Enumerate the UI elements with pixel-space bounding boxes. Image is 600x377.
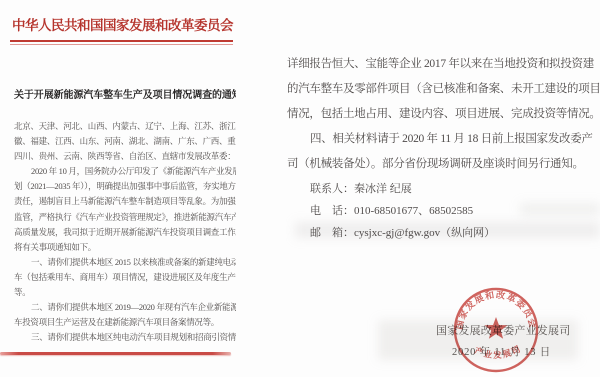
contact-phone: 电 话：010-68501677、68502585 <box>310 201 600 223</box>
svg-text:产业发展司: 产业发展司 <box>473 342 523 360</box>
seal-star-icon <box>485 317 508 339</box>
body-line: 二、请你们提供本地区 2019—2020 年现有汽车企业新能源 <box>14 300 236 315</box>
page2-body: 详细报告恒大、宝能等企业 2017 年以来在当地投资和拟投资建 的汽车整车及零部… <box>287 52 600 177</box>
letterhead-rule-thick <box>10 40 233 42</box>
official-seal-stamp: 国家发展和改革委员会 产业发展司 <box>445 279 547 377</box>
body-line: 司（机械装备处）。部分省份现场调研及座谈时间另行通知。 <box>287 152 600 177</box>
document-title: 关于开展新能源汽车整车生产及项目情况调查的通知 <box>14 86 236 101</box>
body-line: 高质量发展，我司拟于近期开展新能源汽车投资项目调查工作。 <box>14 225 236 240</box>
body-line: 详细报告恒大、宝能等企业 2017 年以来在当地投资和拟投资建 <box>287 52 600 77</box>
scanned-document: 中华人民共和国国家发展和改革委员会 关于开展新能源汽车整车生产及项目情况调查的通… <box>0 0 600 377</box>
body-line: 情况，包括土地占用、建设内容、项目进展、完成投资等情况。 <box>287 102 600 127</box>
body-line: 划（2021—2035 年）），明确提出加强事中事后监管，夯实地方主 <box>14 179 236 194</box>
body-line: 将有关事项通知如下。 <box>14 240 236 255</box>
body-line: 的汽车整车及零部件项目（含已核准和备案、未开工建设的项目 <box>287 77 600 102</box>
contact-person: 联系人：秦冰洋 纪展 <box>310 179 600 201</box>
body-line: 等。 <box>14 285 236 300</box>
body-line: 一、请你们提供本地区 2015 以来核准或备案的新建纯电动 <box>14 255 236 270</box>
body-line: 车（包括乘用车、商用车）项目情况，建设进展区及年度生产情 <box>14 270 236 285</box>
letterhead-rule-thin <box>10 44 233 45</box>
body-line: 徽、福建、江西、山东、河南、湖北、湖南、广东、广西、重庆 <box>14 134 236 149</box>
body-line: 四、相关材料请于 2020 年 11 月 18 日前上报国家发改委产 <box>287 127 600 152</box>
body-line: 北京、天津、河北、山西、内蒙古、辽宁、上海、江苏、浙江、 <box>14 119 236 134</box>
contact-email: 邮 箱：cysjxc-gj@fgw.gov（纵向网） <box>310 223 600 245</box>
letterhead-title: 中华人民共和国国家发展和改革委员会 <box>12 14 234 34</box>
body-line: 监管，严格执行《汽车产业投资管理规定》，推进新能源汽车产 <box>14 210 236 225</box>
body-line: 责任，遏制盲目上马新能源汽车整车制造项目等乱象。为加强投 <box>14 194 236 209</box>
page1-footer-rule <box>0 352 231 355</box>
contact-block: 联系人：秦冰洋 纪展 电 话：010-68501677、68502585 邮 箱… <box>310 179 600 244</box>
body-line: 四川、贵州、云南、陕西等省、自治区、直辖市发展改革委： <box>14 149 236 164</box>
seal-bottom-text: 产业发展司 <box>473 342 523 360</box>
body-line: 2020 年 10 月，国务院办公厅印发了《新能源汽车产业发展 <box>14 164 236 179</box>
body-line: 车投资项目生产运营及在建新能源汽车项目备案情况等。 <box>14 315 236 330</box>
body-line: 三、请你们提供本地区纯电动汽车项目规划和招商引资情况 <box>14 330 236 345</box>
page1-body: 北京、天津、河北、山西、内蒙古、辽宁、上海、江苏、浙江、 徽、福建、江西、山东、… <box>14 119 236 345</box>
